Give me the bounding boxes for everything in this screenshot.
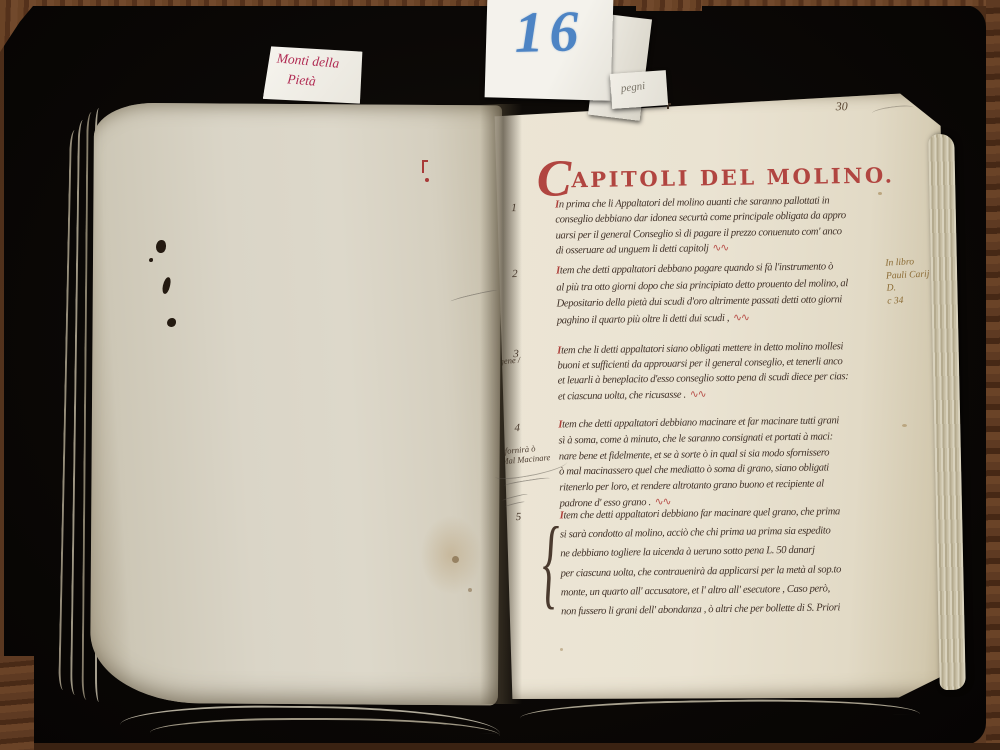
tab-text-line2: Pietà (287, 71, 317, 89)
gutter-shadow (480, 104, 522, 704)
wood-table-top-notch (636, 0, 702, 11)
paragraph-item-4: 4Sfornirà òMal MacinareItem che detti ap… (558, 413, 889, 513)
parchment-stain-small (468, 588, 472, 592)
pegni-slip: pegni (610, 70, 668, 109)
red-initial-letter: I (557, 345, 561, 356)
manuscript-text: CAPITOLI DEL MOLINO. 30 1In prima che li… (496, 94, 951, 705)
ink-brace-item5: { (542, 503, 561, 620)
right-page-recto: CAPITOLI DEL MOLINO. 30 1In prima che li… (494, 93, 952, 705)
paragraph-item-3: 3gene /Item che li detti appaltatori sia… (557, 339, 888, 405)
foxing-speck-1 (878, 192, 882, 195)
wood-table-right-edge (986, 0, 1000, 750)
archival-number-card: 16 (485, 0, 614, 101)
red-offset-mark (422, 160, 428, 173)
manuscript-line: non fussero li grani dell' abondanza , ò… (561, 598, 891, 622)
pencil-scribble-by-folio (871, 104, 914, 118)
ink-blot-4 (149, 258, 153, 262)
foxing-speck-3 (560, 648, 563, 651)
ink-blot-3 (167, 318, 176, 327)
red-initial-letter: I (558, 419, 562, 430)
parchment-stain-dot (452, 556, 459, 563)
title-text: APITOLI DEL MOLINO. (571, 162, 894, 192)
title-initial-letter: C (537, 164, 572, 195)
wood-table-bottom-edge (0, 743, 1000, 750)
pegni-slip-text: pegni (620, 80, 646, 95)
red-initial-letter: I (560, 510, 564, 521)
paragraph-item-1: 1In prima che li Appaltatori del molino … (555, 193, 886, 260)
red-offset-dot (425, 178, 429, 182)
left-page-blank-verso (90, 103, 502, 706)
foxing-speck-2 (902, 424, 907, 427)
red-flourish-icon: ∿∿ (712, 243, 728, 254)
paragraph-item-5: 5Item che detti appaltatori debbiano far… (560, 502, 892, 622)
photo-of-manuscript: { "book": { "page_number": "30", "title"… (0, 0, 1000, 750)
red-flourish-icon: ∿∿ (690, 389, 706, 400)
chapter-title: CAPITOLI DEL MOLINO. (536, 151, 894, 192)
wood-table-bottom-left-corner (0, 656, 34, 750)
red-initial-letter: I (555, 199, 559, 210)
red-initial-letter: I (556, 265, 560, 276)
paragraph-item-2: 2In libroPauli CarijD.c 34Item che detti… (556, 259, 887, 330)
red-flourish-icon: ∿∿ (733, 312, 749, 323)
parchment-stain-large (420, 515, 482, 595)
tab-text-line1: Monti della (276, 50, 340, 71)
folio-number: 30 (836, 99, 848, 114)
card-number: 16 (514, 0, 586, 66)
ink-blot-1 (156, 240, 166, 253)
